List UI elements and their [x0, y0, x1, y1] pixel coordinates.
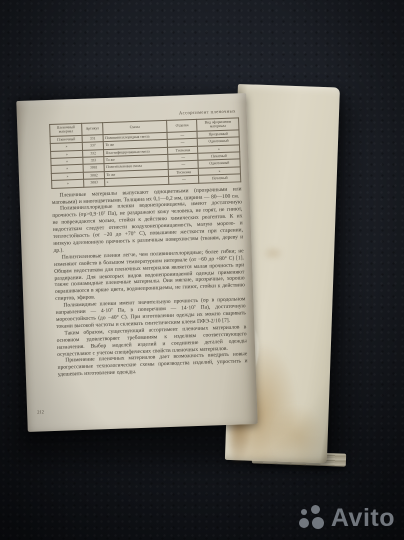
table-body: Пленочный 331 Поливинилхлоридная смола —… — [50, 130, 241, 188]
avito-logo-icon — [299, 505, 325, 531]
page-content: Ассортимент пленочных Пленочный материал… — [49, 108, 248, 379]
left-text-page: Ассортимент пленочных Пленочный материал… — [16, 93, 257, 432]
column-header: Отделка — [167, 119, 198, 132]
materials-table: Пленочный материал Артикул Смола Отделка… — [49, 117, 241, 188]
stain — [271, 403, 325, 469]
page-number: 212 — [37, 409, 44, 414]
cell-material: » — [52, 180, 84, 189]
cell-appearance: Печатный — [199, 174, 241, 183]
cell-article: 3083 — [84, 179, 105, 187]
column-header: Артикул — [82, 123, 103, 136]
cell-finish: — — [169, 176, 199, 184]
cell-resin: » — [104, 177, 168, 187]
avito-watermark: Avito — [299, 505, 395, 531]
body-text: Пленочные материалы выпускают одноцветны… — [52, 186, 248, 379]
paragraph: Полиэтиленовые пленки легче, чем поливин… — [54, 248, 246, 303]
paragraph: Поливинилхлоридные пленки водонепроницае… — [52, 200, 244, 255]
photo-scene: Ассортимент пленочных Пленочный материал… — [0, 0, 404, 540]
avito-wordmark: Avito — [331, 506, 395, 531]
stain — [262, 245, 285, 262]
